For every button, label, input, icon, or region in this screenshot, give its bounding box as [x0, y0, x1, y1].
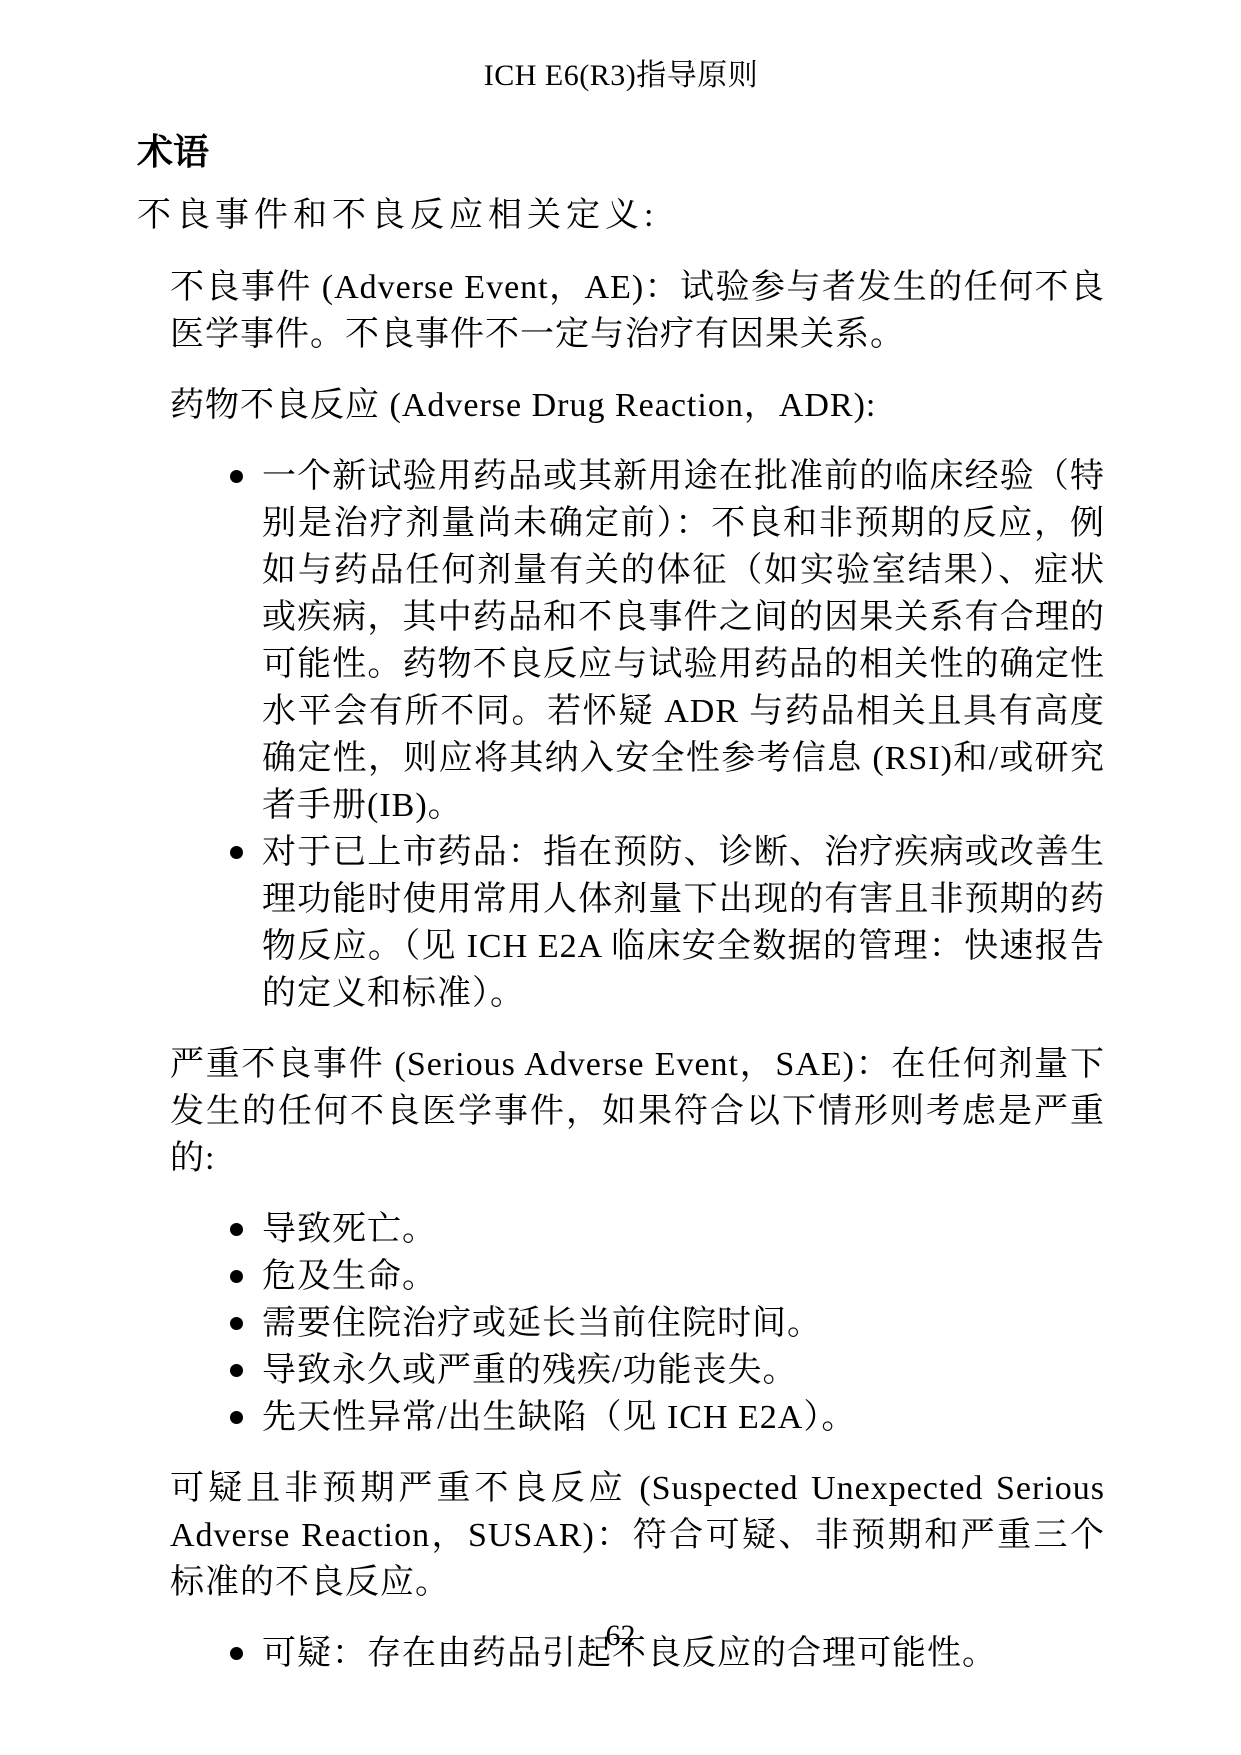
list-item-text: 危及生命。 — [262, 1258, 437, 1295]
bullet-icon — [230, 1317, 243, 1330]
bullet-icon — [230, 1411, 243, 1424]
list-item-text: 导致永久或严重的残疾/功能丧失。 — [262, 1352, 797, 1389]
list-item-text: 导致死亡。 — [262, 1211, 437, 1248]
term-definition-serious-adverse-event: 严重不良事件 (Serious Adverse Event，SAE)：在任何剂量… — [170, 1041, 1105, 1182]
page-number: 62 — [0, 1616, 1241, 1656]
document-page: ICH E6(R3)指导原则 术语 不良事件和不良反应相关定义: 不良事件 (A… — [0, 0, 1241, 1755]
subsection-heading-ae-adr-definitions: 不良事件和不良反应相关定义: — [137, 192, 1105, 240]
bullet-icon — [230, 1364, 243, 1377]
list-item: 一个新试验用药品或其新用途在批准前的临床经验（特别是治疗剂量尚未确定前）：不良和… — [137, 453, 1105, 829]
list-item: 导致死亡。 — [137, 1206, 1105, 1253]
running-header: ICH E6(R3)指导原则 — [137, 56, 1105, 96]
bullet-icon — [230, 1223, 243, 1236]
list-item: 危及生命。 — [137, 1253, 1105, 1300]
bullet-icon — [230, 470, 243, 483]
term-definition-susar: 可疑且非预期严重不良反应 (Suspected Unexpected Serio… — [170, 1465, 1105, 1606]
list-item-text: 先天性异常/出生缺陷（见 ICH E2A）。 — [262, 1399, 856, 1436]
list-item: 对于已上市药品：指在预防、诊断、治疗疾病或改善生理功能时使用常用人体剂量下出现的… — [137, 829, 1105, 1017]
sae-criteria-list: 导致死亡。 危及生命。 需要住院治疗或延长当前住院时间。 导致永久或严重的残疾/… — [137, 1206, 1105, 1441]
list-item-text: 需要住院治疗或延长当前住院时间。 — [262, 1305, 822, 1342]
list-item: 导致永久或严重的残疾/功能丧失。 — [137, 1347, 1105, 1394]
list-item: 需要住院治疗或延长当前住院时间。 — [137, 1300, 1105, 1347]
adr-bullet-list: 一个新试验用药品或其新用途在批准前的临床经验（特别是治疗剂量尚未确定前）：不良和… — [137, 453, 1105, 1017]
bullet-icon — [230, 1270, 243, 1283]
term-definition-adverse-drug-reaction: 药物不良反应 (Adverse Drug Reaction，ADR): — [170, 382, 1105, 429]
section-heading-terms: 术语 — [137, 128, 1105, 176]
list-item-text: 一个新试验用药品或其新用途在批准前的临床经验（特别是治疗剂量尚未确定前）：不良和… — [262, 458, 1105, 824]
bullet-icon — [230, 846, 243, 859]
list-item: 先天性异常/出生缺陷（见 ICH E2A）。 — [137, 1394, 1105, 1441]
list-item-text: 对于已上市药品：指在预防、诊断、治疗疾病或改善生理功能时使用常用人体剂量下出现的… — [262, 834, 1105, 1012]
term-definition-adverse-event: 不良事件 (Adverse Event，AE)：试验参与者发生的任何不良医学事件… — [170, 264, 1105, 358]
